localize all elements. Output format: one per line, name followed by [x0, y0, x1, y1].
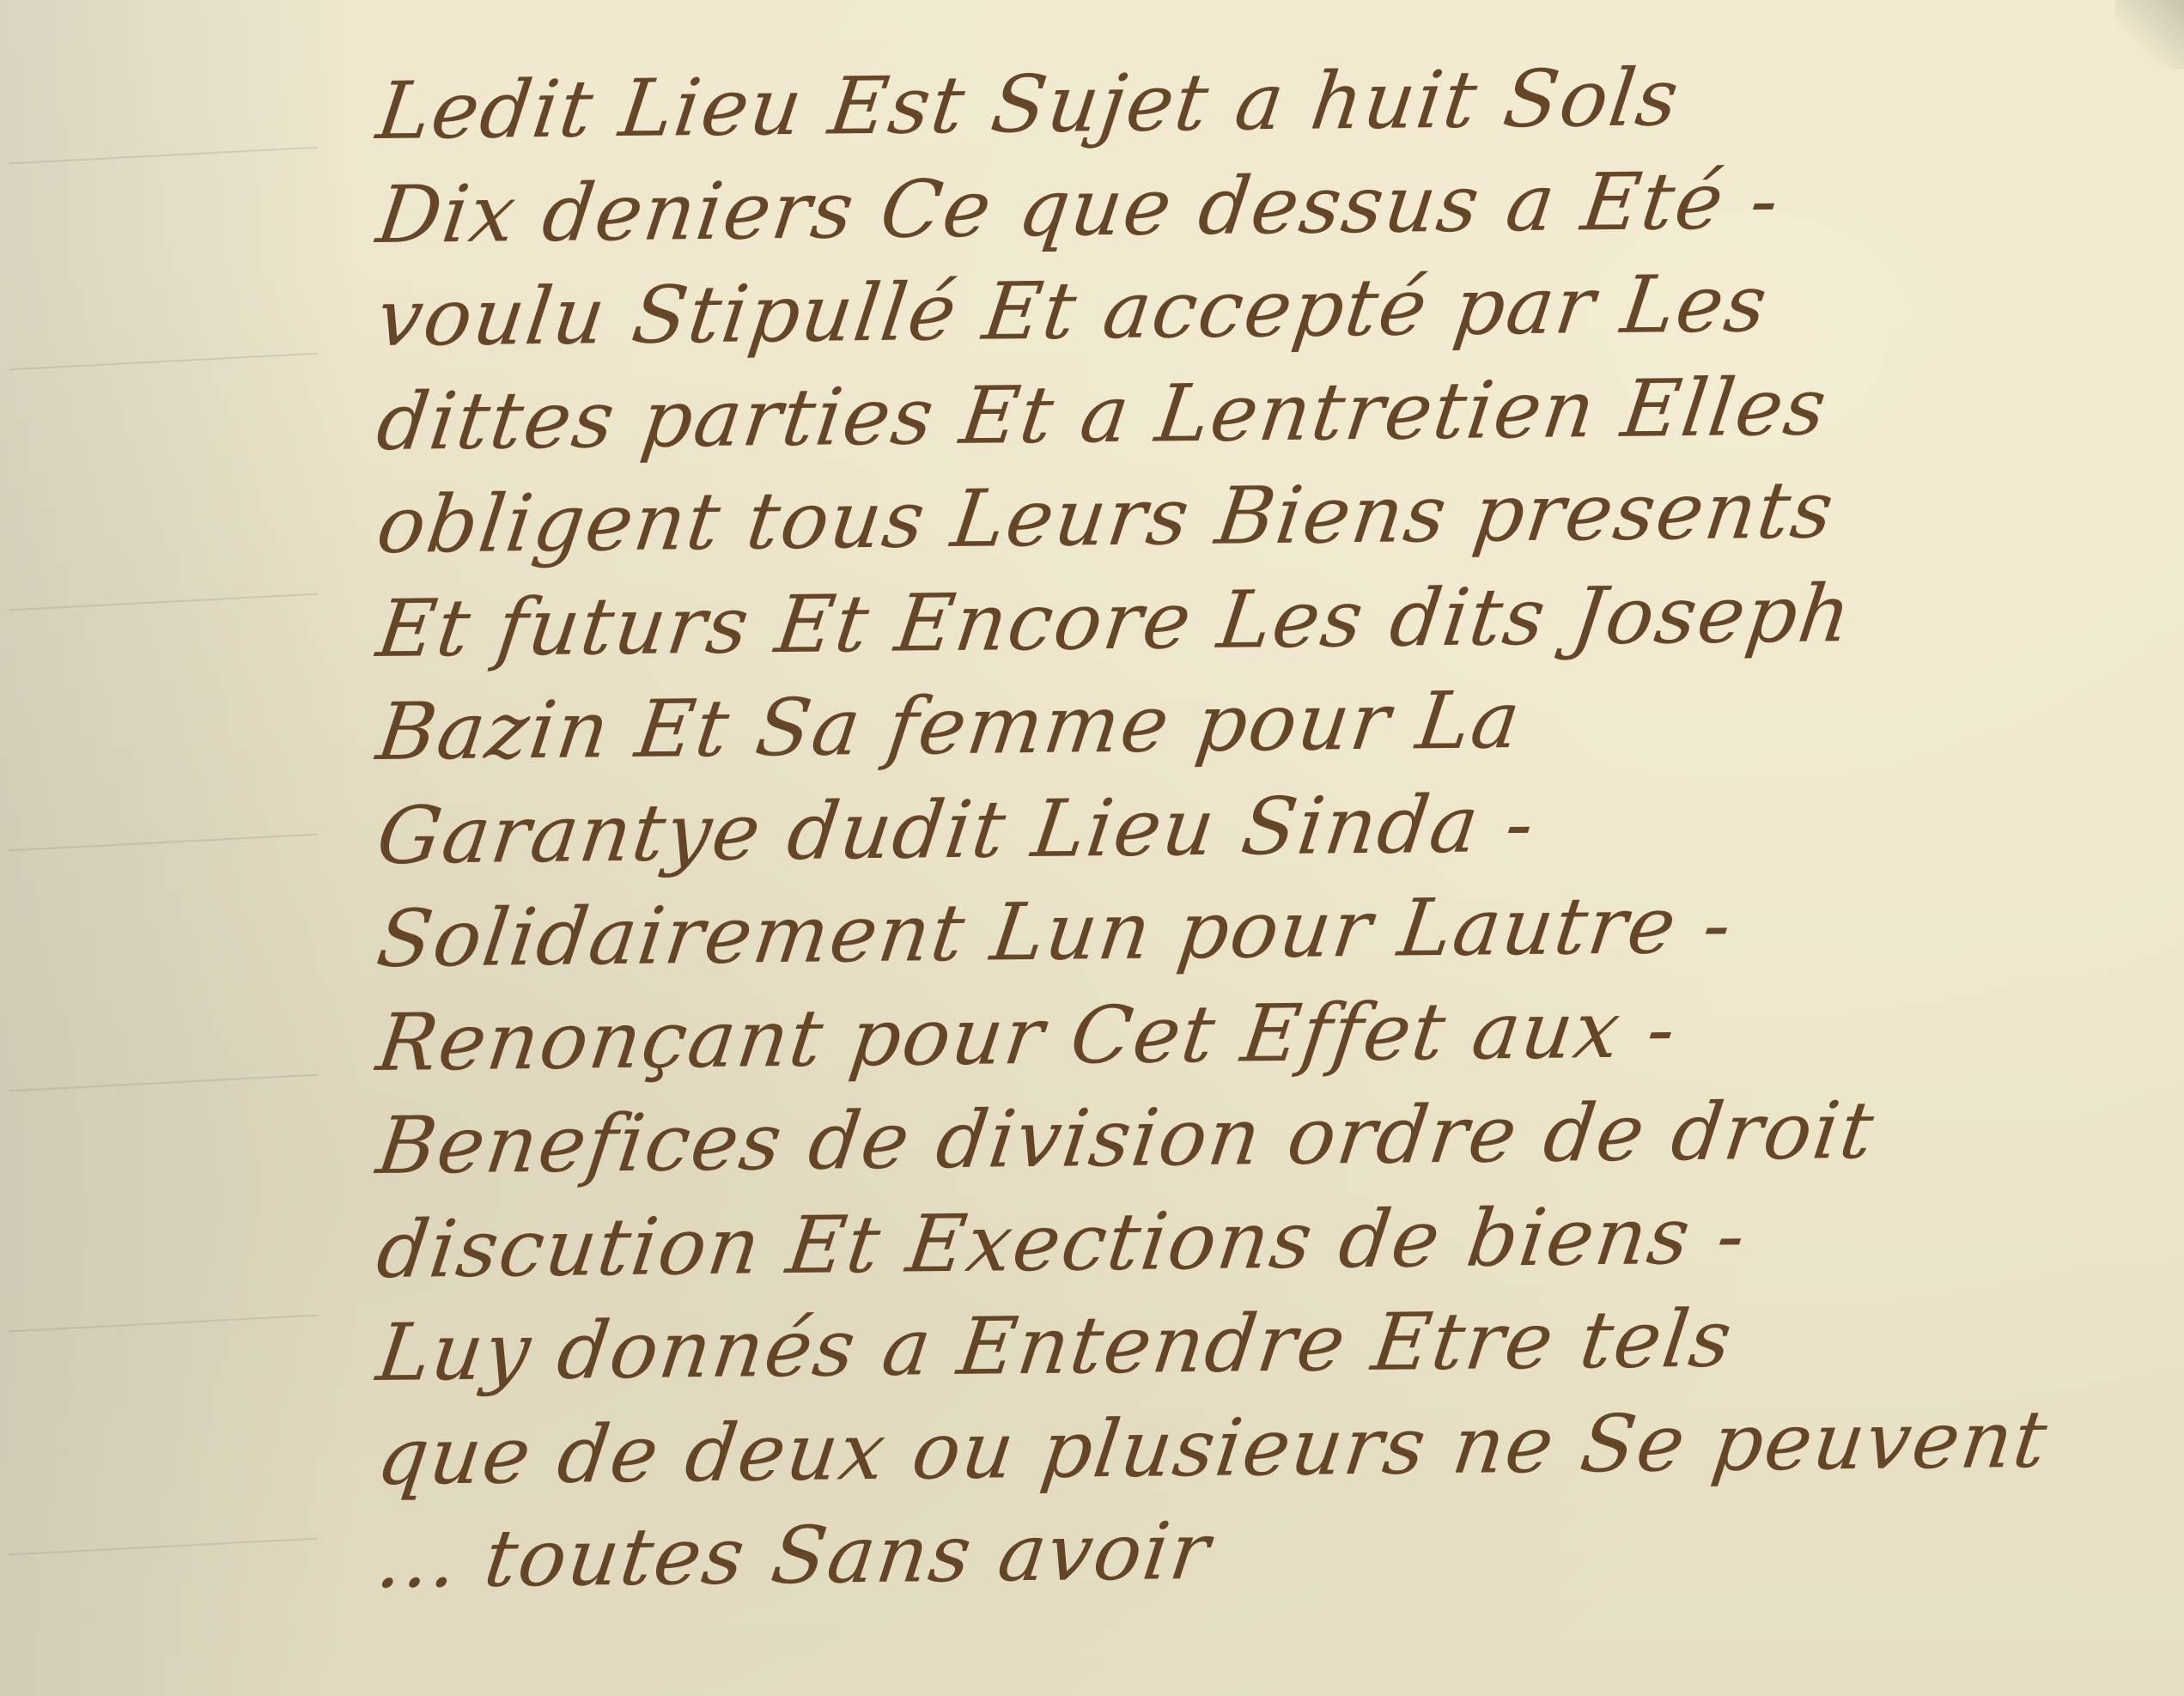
- text-line: Luy donnés a Entendre Etre tels: [371, 1283, 2157, 1405]
- text-line: voulu Stipullé Et accepté par Les: [371, 248, 2157, 370]
- handwritten-text-block: Ledit Lieu Est Sujet a huit Sols Dix den…: [378, 60, 2147, 1613]
- text-line: que de deux ou plusieurs ne Se peuvent: [371, 1387, 2157, 1509]
- text-line: Renonçant pour Cet Effet aux -: [371, 973, 2157, 1095]
- text-line: obligent tous Leurs Biens presents: [371, 455, 2157, 577]
- text-line: Et futurs Et Encore Les dits Joseph: [371, 559, 2157, 681]
- text-line: Ledit Lieu Est Sujet a huit Sols: [371, 41, 2157, 163]
- bleed-through-margin: [0, 0, 361, 1696]
- manuscript-page: Ledit Lieu Est Sujet a huit Sols Dix den…: [0, 0, 2184, 1696]
- text-line: Dix deniers Ce que dessus a Eté -: [371, 145, 2157, 267]
- text-line: discution Et Exections de biens -: [371, 1180, 2157, 1302]
- text-line: ... toutes Sans avoir: [371, 1490, 2157, 1612]
- text-line: Benefices de division ordre de droit: [371, 1076, 2157, 1198]
- text-line: dittes parties Et a Lentretien Elles: [371, 352, 2157, 474]
- text-line: Garantye dudit Lieu Sinda -: [371, 766, 2157, 888]
- text-line: Bazin Et Sa femme pour La: [371, 662, 2157, 784]
- text-line: Solidairement Lun pour Lautre -: [371, 869, 2157, 991]
